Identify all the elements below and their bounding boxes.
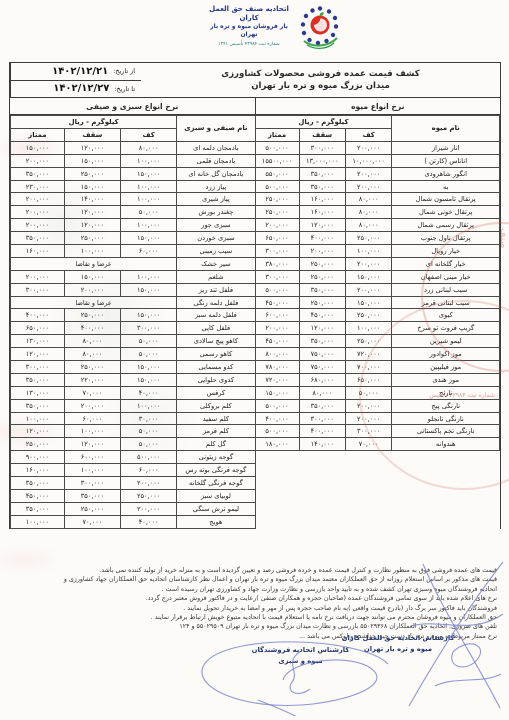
ceiling-price-cell: ۷۵۰,۰۰۰ [299,361,345,374]
premium-price-cell: ۳۵۰,۰۰۰ [11,399,65,412]
product-name-cell: سیر خشک [177,257,255,270]
unit-header: کیلوگرم - ریال [11,116,177,129]
product-name-cell: فلفل تند ریز [177,283,255,296]
union-emblem-icon [300,5,340,55]
product-name-cell: فلفل دلمه رنگی [177,296,255,309]
product-name-cell: سبزی جور [177,219,255,232]
table-row: کلم سفید۳۰,۰۰۰۶۰,۰۰۰۱۰۰,۰۰۰ [11,412,256,425]
ceiling-price-cell: ۷۰,۰۰۰ [64,515,120,528]
table-row: سبزی جور۱۰۰,۰۰۰۱۲۰,۰۰۰۲۰۰,۰۰۰ [11,219,256,232]
signature-left-line1: کارشناس اتحادیه فروشندگان [238,645,363,656]
red-stamp-text: شماره ثبت ۴۳۹۸۴ تأسیس [429,392,495,399]
floor-price-cell: ۱۰۰,۰۰۰ [345,245,391,258]
table-row: بادمجان گل خانه ای۱۵۰,۰۰۰۲۵۰,۰۰۰۳۵۰,۰۰۰ [11,167,256,180]
product-name-cell: کلم قرمز [177,425,255,438]
product-name-cell: کدو مسمایی [177,361,255,374]
table-row: شلغم۱۰۰,۰۰۰۱۵۰,۰۰۰۲۰۰,۰۰۰ [11,270,256,283]
premium-price-cell: ۱۰۰,۰۰۰ [11,515,65,528]
floor-price-cell: ۵۰۰,۰۰۰ [121,451,177,464]
table-row: گوجه زیتونی۵۰۰,۰۰۰۶۰۰,۰۰۰۹۰۰,۰۰۰ [11,451,256,464]
product-name-cell: گوجه زیتونی [177,451,255,464]
title-line1: کشف قیمت عمده فروشی محصولات کشاورزی [221,68,420,80]
premium-price-cell: ۳۵۰,۰۰۰ [11,502,65,515]
floor-price-cell: ۲۰۰,۰۰۰ [345,167,391,180]
ceiling-price-cell: ۱۵۰,۰۰۰ [64,180,120,193]
product-name-cell: گل کلم [177,438,255,451]
premium-price-cell: ۳۵۰,۰۰۰ [11,232,65,245]
ceiling-price-cell: ۱۲۰,۰۰۰ [299,322,345,335]
supply-demand-cell: عرضا و تقاضا [11,296,177,309]
footer-note-line: قیمت های عمده فروشی فوق به منظور نظارت و… [12,566,497,575]
date-to-cell: تا تاریخ: ۱۴۰۲/۱۲/۲۷ [11,81,141,98]
premium-price-cell: ۲۵۰,۰۰۰ [11,438,65,451]
footer-note-line: قیمت های مذکور بر اساس استعلام روزانه از… [12,575,497,584]
floor-price-cell: ۸۰,۰۰۰ [345,219,391,232]
premium-price-cell: ۱۳۰,۰۰۰ [11,386,65,399]
ceiling-price-cell: ۲۵۰,۰۰۰ [299,257,345,270]
floor-header: کف [121,129,177,142]
floor-price-cell: ۲۵۰,۰۰۰ [121,489,177,502]
floor-price-cell: ۱۵۰,۰۰۰ [121,283,177,296]
ceiling-price-cell: ۲۵۰,۰۰۰ [64,167,120,180]
table-row: سیب زمینی۶۰,۰۰۰۱۰۰,۰۰۰۱۶۰,۰۰۰ [11,245,256,258]
table-row: پیاز شیری۱۰۰,۰۰۰۱۴۰,۰۰۰۲۰۰,۰۰۰ [11,193,256,206]
product-name-cell: بادمجان گل خانه ای [177,167,255,180]
footer-notes: قیمت های عمده فروشی فوق به منظور نظارت و… [12,566,497,641]
table-row: پیاز زرد۱۰۰,۰۰۰۱۵۰,۰۰۰۲۳۰,۰۰۰ [11,180,256,193]
floor-price-cell: ۵۰,۰۰۰ [121,438,177,451]
product-name-cell: کلم بروکلی [177,399,255,412]
table-row: پرتقال خونی شمال۸۰,۰۰۰۱۶۰,۰۰۰۲۵۰,۰۰۰ [255,206,500,219]
date-to-label: تا تاریخ: [114,85,135,93]
ceiling-price-cell: ۱۲۰,۰۰۰ [64,141,120,154]
floor-price-cell: ۲۵۰,۰۰۰ [345,309,391,322]
ceiling-price-cell: ۴۵۰,۰۰۰ [299,309,345,322]
title-line2: میدان بزرگ میوه و تره بار تهران [251,80,390,92]
fruit-name-header: نام میوه [392,116,500,142]
ceiling-price-cell: ۳۵۰,۰۰۰ [299,167,345,180]
floor-price-cell: ۵۰,۰۰۰ [121,348,177,361]
ceiling-price-cell: ۱۰۰,۰۰۰ [64,425,120,438]
signature-right-line1: کارشناس اتحادیه حق العمل کاران [318,633,478,644]
product-name-cell: کدوی حلوایی [177,373,255,386]
union-name-line2: بار فروشان میوه و تره بار تهران [201,23,297,39]
premium-price-cell: ۶۵۰,۰۰۰ [255,232,299,245]
premium-price-cell: ۱۵۰,۰۰۰ [11,141,65,154]
table-row: بادمجان قلمی۱۰۰,۰۰۰۱۵۰,۰۰۰۲۰۰,۰۰۰ [11,154,256,167]
premium-price-cell: ۵۰۰,۰۰۰ [255,425,299,438]
ceiling-price-cell: ۳۵۰,۰۰۰ [299,180,345,193]
premium-price-cell: ۲۰۰,۰۰۰ [11,206,65,219]
header-row: کشف قیمت عمده فروشی محصولات کشاورزی میدا… [10,63,500,98]
floor-price-cell: ۱۰۰,۰۰۰ [121,180,177,193]
product-name-cell: گوجه فرنگی بوته رس [177,464,255,477]
table-row: کاهو پیچ سالادی۵۰,۰۰۰۸۰,۰۰۰۱۳۰,۰۰۰ [11,335,256,348]
premium-price-cell: ۳۸۰,۰۰۰ [255,257,299,270]
date-from-label: از تاریخ: [113,67,135,75]
ceiling-price-cell: ۲۰۰,۰۰۰ [64,283,120,296]
ceiling-price-cell: ۳۵۰,۰۰۰ [299,335,345,348]
premium-price-cell: ۳۰۰,۰۰۰ [11,361,65,374]
product-name-cell: کرفس [177,386,255,399]
ceiling-price-cell: ۶۰۰,۰۰۰ [64,451,120,464]
ceiling-price-cell: ۲۰۰,۰۰۰ [299,245,345,258]
premium-price-cell: ۱۰۰,۰۰۰ [11,412,65,425]
section-title-veg: نرخ انواع سبزی و صیفی [10,98,255,114]
table-row: کرفس۴۰,۰۰۰۷۰,۰۰۰۱۳۰,۰۰۰ [11,386,256,399]
ceiling-price-cell: ۶۸۰,۰۰۰ [299,373,345,386]
product-name-cell: پرتقال خونی شمال [392,206,500,219]
product-name-cell: به [392,180,500,193]
premium-price-cell: ۵۰۰,۰۰۰ [255,283,299,296]
ceiling-price-cell: ۱۶۰,۰۰۰ [299,206,345,219]
premium-price-cell: ۴۰۰,۰۰۰ [255,412,299,425]
ceiling-price-cell: ۲۵۰,۰۰۰ [64,361,120,374]
ceiling-price-cell: ۲۵۰,۰۰۰ [64,232,120,245]
premium-price-cell: ۲۰۰,۰۰۰ [11,193,65,206]
ceiling-price-cell: ۸۰,۰۰۰ [299,386,345,399]
premium-price-cell: ۴۵۰,۰۰۰ [255,296,299,309]
document-title: کشف قیمت عمده فروشی محصولات کشاورزی میدا… [141,63,500,97]
floor-price-cell: ۱۰۰,۰۰۰ [121,154,177,167]
union-name-line1: اتحادیه صنف حق العمل کاران [201,5,297,23]
floor-price-cell: ۱۵۰,۰۰۰ [345,296,391,309]
date-from-value: ۱۴۰۲/۱۲/۲۱ [52,66,108,77]
product-name-cell: فلفل دلمه سبز [177,309,255,322]
union-registration: شماره ثبت ۴۳۹۸۴ تأسیس ۱۳۴۱ [201,42,297,47]
floor-price-cell: ۱۰۰,۰۰۰ [121,399,177,412]
table-row: کدو مسمایی۱۵۰,۰۰۰۲۵۰,۰۰۰۳۰۰,۰۰۰ [11,361,256,374]
ceiling-price-cell: ۲۵۰,۰۰۰ [299,270,345,283]
table-row: لوبیای سبز۲۵۰,۰۰۰۳۵۰,۰۰۰۴۵۰,۰۰۰ [11,489,256,502]
section-header-row: نرخ انواع میوه نرخ انواع سبزی و صیفی [10,98,500,115]
premium-price-cell: ۶۵۰,۰۰۰ [11,322,65,335]
table-row: فلفل کاپی۳۰۰,۰۰۰۴۰۰,۰۰۰۶۵۰,۰۰۰ [11,322,256,335]
premium-price-cell: ۵۰۰,۰۰۰ [255,399,299,412]
premium-price-cell: ۹۰۰,۰۰۰ [11,451,65,464]
table-row: سیر خشکعرضا و تقاضا [11,257,256,270]
premium-price-cell: ۴۰۰,۰۰۰ [11,309,65,322]
date-range-box: از تاریخ: ۱۴۰۲/۱۲/۲۱ تا تاریخ: ۱۴۰۲/۱۲/۲… [10,63,141,97]
product-name-cell: اناناس (کارتن ) [392,154,500,167]
ceiling-price-cell: ۱۵۰,۰۰۰ [64,154,120,167]
floor-price-cell: ۲۰۰,۰۰۰ [121,477,177,490]
union-logo-text: اتحادیه صنف حق العمل کاران بار فروشان می… [201,5,297,47]
floor-price-cell: ۱۵۰,۰۰۰ [345,270,391,283]
product-name-cell: سبزی خوردن [177,232,255,245]
premium-price-cell: ۳۵۰,۰۰۰ [11,167,65,180]
table-row: انار شیراز۲۰۰,۰۰۰۳۰۰,۰۰۰۵۰۰,۰۰۰ [255,141,500,154]
table-row: انگور شاهرودی۲۰۰,۰۰۰۳۵۰,۰۰۰۵۵۰,۰۰۰ [255,167,500,180]
floor-price-cell: ۸۰,۰۰۰ [121,141,177,154]
floor-price-cell: ۵۰,۰۰۰ [121,425,177,438]
premium-price-cell: ۳۰۰,۰۰۰ [11,283,65,296]
floor-price-cell: ۱۰,۰۰۰,۰۰۰ [345,154,391,167]
product-name-cell: انگور شاهرودی [392,167,500,180]
floor-price-cell: ۴۰,۰۰۰ [121,386,177,399]
product-name-cell: پیاز شیری [177,193,255,206]
floor-price-cell: ۱۰۰,۰۰۰ [121,219,177,232]
signature-left-label: کارشناس اتحادیه فروشندگان میوه و سبزی [238,645,363,667]
product-name-cell: سیب زمینی [177,245,255,258]
premium-price-cell: ۱۳۰,۰۰۰ [11,335,65,348]
table-row: کاهو رسمی۵۰,۰۰۰۸۰,۰۰۰۱۲۰,۰۰۰ [11,348,256,361]
premium-price-cell: ۷۲۰,۰۰۰ [255,373,299,386]
floor-price-cell: ۱۵۰,۰۰۰ [121,167,177,180]
ceiling-price-cell: ۴۰۰,۰۰۰ [299,425,345,438]
premium-price-cell: ۲۵۰,۰۰۰ [255,193,299,206]
premium-price-cell: ۷۸۰,۰۰۰ [255,361,299,374]
floor-price-cell: ۱۵۰,۰۰۰ [121,232,177,245]
product-name-cell: بادمجان قلمی [177,154,255,167]
product-name-cell: کاهو پیچ سالادی [177,335,255,348]
ceiling-price-cell: ۲۵۰,۰۰۰ [64,309,120,322]
table-row: چغندر بورش۵۰,۰۰۰۱۲۰,۰۰۰۲۰۰,۰۰۰ [11,206,256,219]
floor-price-cell: ۶۰,۰۰۰ [121,245,177,258]
floor-price-cell: ۵۰,۰۰۰ [121,206,177,219]
premium-price-cell: ۵۰۰,۰۰۰ [255,141,299,154]
premium-header: ممتاز [11,129,65,142]
premium-price-cell: ۵۵۰,۰۰۰ [255,167,299,180]
floor-price-cell: ۱۰۰,۰۰۰ [121,193,177,206]
ceiling-price-cell: ۱۲۰,۰۰۰ [64,219,120,232]
footer-note-line: تلفن های ضروری: اتحادیه حق العملکاران ۵۵… [12,622,497,631]
premium-price-cell: ۳۰۰,۰۰۰ [255,270,299,283]
ceiling-price-cell: ۲۲۰,۰۰۰ [64,373,120,386]
ceiling-price-cell: ۱۲۰,۰۰۰ [299,219,345,232]
premium-price-cell: ۲۰۰,۰۰۰ [11,219,65,232]
premium-price-cell: ۶۰۰,۰۰۰ [255,309,299,322]
premium-price-cell: ۲۰۰,۰۰۰ [11,154,65,167]
signature-left-line2: میوه و سبزی [238,656,363,667]
premium-price-cell: ۸۰۰,۰۰۰ [255,348,299,361]
table-header-row: نام میوه کیلوگرم - ریال [255,116,500,129]
floor-price-cell: ۲۰۰,۰۰۰ [345,257,391,270]
table-row: کلم قرمز۵۰,۰۰۰۱۰۰,۰۰۰۱۲۰,۰۰۰ [11,425,256,438]
product-name-cell: انار شیراز [392,141,500,154]
premium-price-cell: ۳۵۰,۰۰۰ [11,373,65,386]
ceiling-price-cell: ۲۰۰,۰۰۰ [64,399,120,412]
table-row: گوجه فرنگی گلخانه۲۰۰,۰۰۰۳۰۰,۰۰۰۳۵۰,۰۰۰ [11,477,256,490]
ceiling-price-cell: ۱۲۰,۰۰۰ [64,438,120,451]
ceiling-price-cell: ۱۲۰,۰۰۰ [64,206,120,219]
ceiling-price-cell: ۶۰,۰۰۰ [64,412,120,425]
table-row: سبزی خوردن۱۵۰,۰۰۰۲۵۰,۰۰۰۳۵۰,۰۰۰ [11,232,256,245]
product-name-cell: شلغم [177,270,255,283]
premium-price-cell: ۴۵۰,۰۰۰ [11,489,65,502]
table-row: فلفل تند ریز۱۵۰,۰۰۰۲۰۰,۰۰۰۳۰۰,۰۰۰ [11,283,256,296]
premium-price-cell: ۱۲۰,۰۰۰ [11,348,65,361]
floor-price-cell: ۲۰۰,۰۰۰ [345,180,391,193]
ceiling-price-cell: ۱۴۰,۰۰۰ [299,438,345,451]
floor-header: کف [345,129,391,142]
date-to-value: ۱۴۰۲/۱۲/۲۷ [53,83,109,94]
product-name-cell: بادمجان دلمه ای [177,141,255,154]
floor-price-cell: ۶۰,۰۰۰ [121,464,177,477]
premium-header: ممتاز [255,129,299,142]
product-name-cell: هویج [177,515,255,528]
floor-price-cell: ۴۰,۰۰۰ [121,515,177,528]
floor-price-cell: ۱۵۰,۰۰۰ [121,309,177,322]
table-row: هویج۴۰,۰۰۰۷۰,۰۰۰۱۰۰,۰۰۰ [11,515,256,528]
product-name-cell: پیاز زرد [177,180,255,193]
unit-header: کیلوگرم - ریال [255,116,392,129]
ceiling-price-cell: ۱۴۰,۰۰۰ [64,193,120,206]
product-name-cell: کلم سفید [177,412,255,425]
table-row: لیمو ترش سنگی۲۰۰,۰۰۰۲۵۰,۰۰۰۳۵۰,۰۰۰ [11,502,256,515]
ceiling-price-cell: ۱۵۰,۰۰۰ [64,270,120,283]
footer-note-line: فروشندگان باید فاکتور سر برگ دار (بادرج … [12,604,497,613]
footer-note-line: حق العملکاران و میوه فروشان محترم می توا… [12,613,497,622]
ceiling-price-cell: ۳۰۰,۰۰۰ [299,141,345,154]
floor-price-cell: ۱۵۰,۰۰۰ [121,361,177,374]
premium-price-cell: ۱۸۰,۰۰۰ [255,438,299,451]
product-name-cell: پرتقال تامسون شمال [392,193,500,206]
premium-price-cell: ۲۳۰,۰۰۰ [11,180,65,193]
floor-price-cell: ۸۰,۰۰۰ [345,206,391,219]
product-name-cell: فلفل کاپی [177,322,255,335]
premium-price-cell: ۱۵۵۰۰,۰۰۰ [255,154,299,167]
red-stamp-edge-text: صنف [499,228,508,249]
floor-price-cell: ۸۰,۰۰۰ [345,193,391,206]
ceiling-price-cell: ۳۵۰,۰۰۰ [64,489,120,502]
product-name-cell: کاهو رسمی [177,348,255,361]
premium-price-cell: ۲۰۰,۰۰۰ [255,322,299,335]
floor-price-cell: ۲۵۰,۰۰۰ [345,232,391,245]
premium-price-cell: ۱۵۰,۰۰۰ [255,386,299,399]
table-row: بادمجان دلمه ای۸۰,۰۰۰۱۲۰,۰۰۰۱۵۰,۰۰۰ [11,141,256,154]
table-row: کدوی حلوایی۱۵۰,۰۰۰۲۲۰,۰۰۰۳۵۰,۰۰۰ [11,373,256,386]
date-from-cell: از تاریخ: ۱۴۰۲/۱۲/۲۱ [11,63,141,81]
premium-price-cell: ۲۰۰,۰۰۰ [255,219,299,232]
ceiling-header: سقف [299,129,345,142]
floor-price-cell: ۱۰۰,۰۰۰ [121,270,177,283]
ceiling-price-cell: ۱۶۰,۰۰۰ [299,193,345,206]
ceiling-price-cell: ۱۰۰,۰۰۰ [64,464,120,477]
table-header-row: نام صیفی و سبزی کیلوگرم - ریال [11,116,256,129]
supply-demand-cell: عرضا و تقاضا [11,257,177,270]
table-row: کلم بروکلی۱۰۰,۰۰۰۲۰۰,۰۰۰۳۵۰,۰۰۰ [11,399,256,412]
product-name-cell: لیمو ترش سنگی [177,502,255,515]
table-row: گوجه فرنگی بوته رس۶۰,۰۰۰۱۰۰,۰۰۰۱۶۰,۰۰۰ [11,464,256,477]
table-row: گل کلم۵۰,۰۰۰۱۲۰,۰۰۰۲۵۰,۰۰۰ [11,438,256,451]
table-row: فلفل دلمه رنگیعرضا و تقاضا [11,296,256,309]
ceiling-price-cell: ۴۰۰,۰۰۰ [299,232,345,245]
ceiling-price-cell: ۳۰۰,۰۰۰ [299,412,345,425]
ceiling-price-cell: ۴۰۰,۰۰۰ [64,322,120,335]
veg-price-table: نام صیفی و سبزی کیلوگرم - ریال کف سقف مم… [10,115,256,529]
premium-price-cell: ۳۰۰,۰۰۰ [255,245,299,258]
floor-price-cell: ۱۵۰,۰۰۰ [121,373,177,386]
floor-price-cell: ۲۰۰,۰۰۰ [345,283,391,296]
ceiling-price-cell: ۱۳,۰۰۰,۰۰۰ [299,154,345,167]
ceiling-price-cell: ۷۰,۰۰۰ [64,386,120,399]
floor-price-cell: ۲۰۰,۰۰۰ [345,141,391,154]
product-name-cell: گوجه فرنگی گلخانه [177,477,255,490]
union-logo: اتحادیه صنف حق العمل کاران بار فروشان می… [200,5,340,55]
product-name-cell: لوبیای سبز [177,489,255,502]
table-row: اناناس (کارتن )۱۰,۰۰۰,۰۰۰۱۳,۰۰۰,۰۰۰۱۵۵۰۰… [255,154,500,167]
premium-price-cell: ۱۲۰,۰۰۰ [11,425,65,438]
floor-price-cell: ۳۰۰,۰۰۰ [121,322,177,335]
footer-note-line: نرخ های اعلام شده باید از سوی تمامی فروش… [12,594,497,603]
premium-price-cell: ۳۵۰,۰۰۰ [11,477,65,490]
floor-price-cell: ۲۰۰,۰۰۰ [121,502,177,515]
premium-price-cell: ۴۵۰,۰۰۰ [255,335,299,348]
table-row: فلفل دلمه سبز۱۵۰,۰۰۰۲۵۰,۰۰۰۴۰۰,۰۰۰ [11,309,256,322]
section-title-fruit: نرخ انواع میوه [255,98,501,114]
premium-price-cell: ۵۰۰,۰۰۰ [255,180,299,193]
footer-note-line: اتحادیه فروشندگان میوه وسبزی تهران کشف ش… [12,585,497,594]
ceiling-price-cell: ۳۰۰,۰۰۰ [64,477,120,490]
product-name-cell: چغندر بورش [177,206,255,219]
ceiling-price-cell: ۷۵۰,۰۰۰ [299,348,345,361]
ceiling-header: سقف [64,129,120,142]
floor-price-cell: ۵۰,۰۰۰ [121,335,177,348]
ceiling-price-cell: ۳۵۰,۰۰۰ [299,399,345,412]
veg-name-header: نام صیفی و سبزی [177,116,255,142]
table-row: پرتقال تامسون شمال۸۰,۰۰۰۱۶۰,۰۰۰۲۵۰,۰۰۰ [255,193,500,206]
floor-price-cell: ۳۰,۰۰۰ [121,412,177,425]
ceiling-price-cell: ۲۵۰,۰۰۰ [299,296,345,309]
premium-price-cell: ۱۶۰,۰۰۰ [11,464,65,477]
scanned-price-list-page: اتحادیه صنف حق العمل کاران بار فروشان می… [0,0,509,720]
ceiling-price-cell: ۸۰,۰۰۰ [64,335,120,348]
table-row: به۲۰۰,۰۰۰۳۵۰,۰۰۰۵۰۰,۰۰۰ [255,180,500,193]
ceiling-price-cell: ۸۰,۰۰۰ [64,348,120,361]
ceiling-price-cell: ۲۵۰,۰۰۰ [64,502,120,515]
ceiling-price-cell: ۳۵۰,۰۰۰ [299,283,345,296]
ceiling-price-cell: ۱۰۰,۰۰۰ [64,245,120,258]
premium-price-cell: ۲۵۰,۰۰۰ [255,206,299,219]
premium-price-cell: ۲۰۰,۰۰۰ [11,270,65,283]
premium-price-cell: ۱۶۰,۰۰۰ [11,245,65,258]
